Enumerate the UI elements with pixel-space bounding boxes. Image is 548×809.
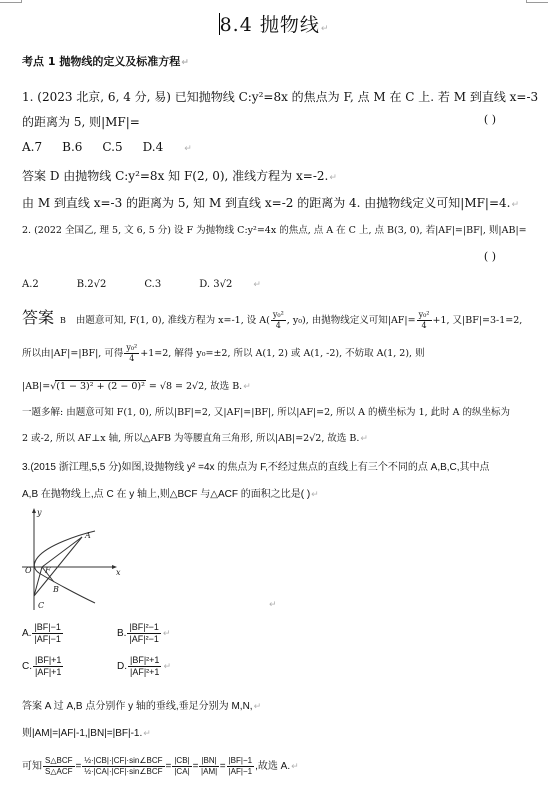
answer-blank: ( ) (484, 250, 496, 263)
q2-options: A.2B.2√2C.3D. 3√2↵ (22, 279, 261, 290)
option-d: D.|BF|²+1|AF|²+1 (117, 661, 162, 672)
paragraph-mark: ↵ (321, 24, 330, 34)
svg-text:A: A (84, 531, 91, 540)
svg-text:B: B (52, 585, 59, 594)
option-a: A.2 (22, 279, 39, 290)
q3-options-row1: A.|BF|−1|AF|−1B.|BF|²−1|AF|²−1↵ (22, 623, 170, 644)
q1-answer-line2: 由 M 到直线 x=-3 的距离为 5, 知 M 到直线 x=-2 的距离为 4… (22, 194, 519, 211)
q3-options-row2: C.|BF|+1|AF|+1D.|BF|²+1|AF|²+1↵ (22, 656, 171, 677)
fraction: y₀²4 (124, 344, 139, 363)
option-c: C.|BF|+1|AF|+1 (22, 656, 117, 677)
q2-answer-line1: 答案B由题意可知, F(1, 0), 准线方程为 x=-1, 设 A(y₀²4,… (22, 305, 522, 330)
q3-stem-line1: 3.(2015 浙江理,5,5 分)如图,设抛物线 y² =4x 的焦点为 F,… (22, 458, 490, 473)
q1-stem-line2: 的距离为 5, 则|MF|=( ) (22, 113, 526, 130)
option-c: C.5 (102, 140, 122, 154)
parabola-diagram: y x O F A B C (18, 505, 128, 615)
option-b: B.6 (62, 140, 82, 154)
option-d: D.4 (143, 140, 164, 154)
page-corner-mark-left (0, 0, 22, 3)
q2-stem: 2. (2022 全国乙, 理 5, 文 6, 5 分) 设 F 为抛物线 C:… (22, 222, 527, 236)
option-b: B.2√2 (77, 279, 107, 290)
svg-text:F: F (44, 566, 51, 575)
page-title: 8.4 抛物线↵ (0, 10, 548, 37)
q1-options: A.7B.6C.5D.4↵ (22, 140, 192, 154)
option-a: A.7 (22, 140, 42, 154)
svg-text:O: O (25, 566, 32, 575)
option-c: C.3 (144, 279, 161, 290)
fraction: y₀²4 (417, 311, 432, 330)
section-heading: 考点 1 抛物线的定义及标准方程↵ (22, 53, 189, 69)
option-b: B.|BF|²−1|AF|²−1 (117, 628, 162, 639)
svg-text:x: x (116, 568, 121, 577)
q3-answer-line1: 答案 A 过 A,B 点分别作 y 轴的垂线,垂足分别为 M,N,↵ (22, 697, 261, 712)
q1-answer-line1: 答案 D 由抛物线 C:y²=8x 知 F(2, 0), 准线方程为 x=-2.… (22, 167, 337, 184)
answer-blank: ( ) (484, 113, 496, 126)
answer-letter: B (60, 316, 66, 325)
page-corner-mark-right (526, 0, 548, 3)
fraction: y₀²4 (271, 311, 286, 330)
parabola-figure: y x O F A B C (18, 505, 128, 615)
q3-answer-line2: 则|AM|=|AF|-1,|BN|=|BF|-1.↵ (22, 724, 151, 739)
q3-answer-line3: 可知S△BCFS△ACF=½·|CB|·|CF|·sin∠BCF½·|CA|·|… (22, 757, 299, 776)
option-d: D. 3√2 (199, 279, 232, 290)
svg-text:C: C (38, 601, 44, 610)
q2-alt-solution-line2: 2 或-2, 所以 AF⊥x 轴, 所以△AFB 为等腰直角三角形, 所以|AB… (22, 430, 368, 444)
option-a: A.|BF|−1|AF|−1 (22, 623, 117, 644)
q3-stem-line2: A,B 在抛物线上,点 C 在 y 轴上,则△BCF 与△ACF 的面积之比是(… (22, 485, 319, 500)
svg-text:y: y (36, 508, 42, 517)
q1-stem-line1: 1. (2023 北京, 6, 4 分, 易) 已知抛物线 C:y²=8x 的焦… (22, 88, 538, 105)
q2-answer-line2: 所以由|AF|=|BF|, 可得y₀²4+1=2, 解得 y₀=±2, 所以 A… (22, 344, 425, 363)
paragraph-mark: ↵ (181, 58, 189, 68)
q2-answer-line3: |AB|=√(1 − 3)² + (2 − 0)² = √8 = 2√2, 故选… (22, 378, 251, 392)
answer-label: 答案 (22, 308, 54, 327)
q2-alt-solution-line1: 一题多解: 由题意可知 F(1, 0), 所以|BF|=2, 又|AF|=|BF… (22, 404, 510, 418)
radical: (1 − 3)² + (2 − 0)² (55, 380, 146, 392)
